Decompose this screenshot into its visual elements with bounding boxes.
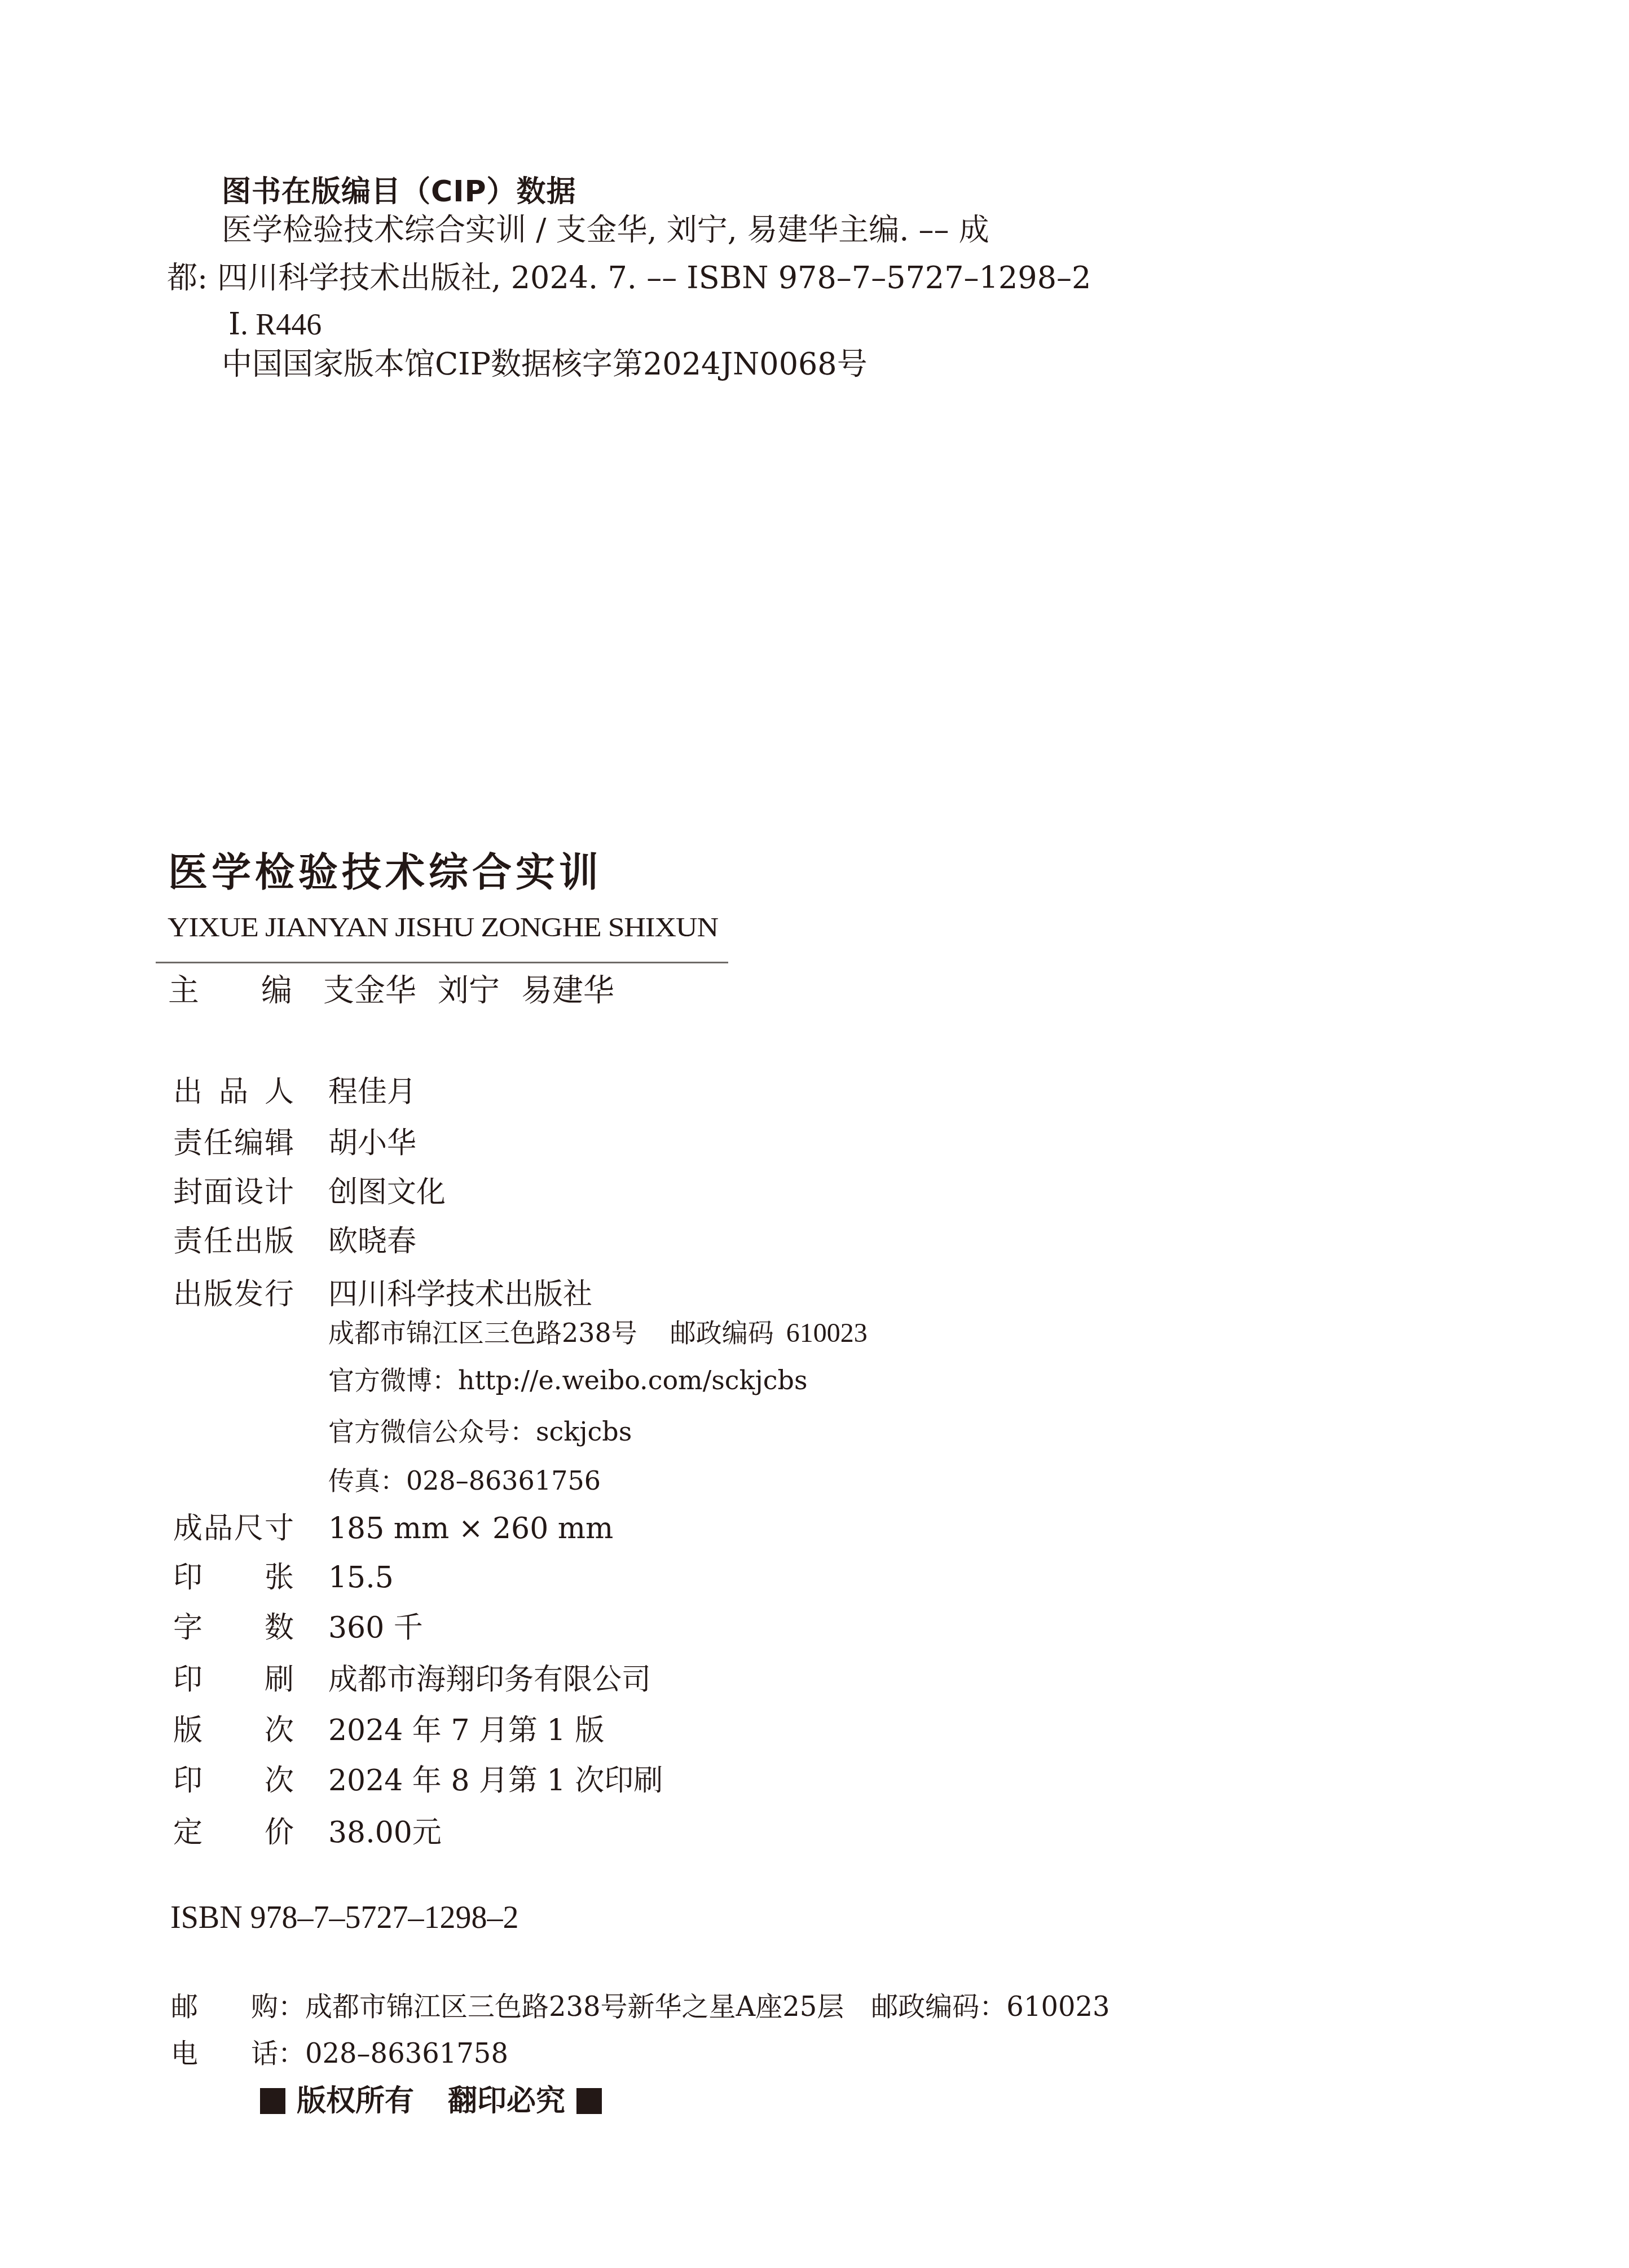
- address-text: 成都市锦江区三色路238号: [328, 1318, 637, 1348]
- spec-value: 2024 年 8 月第 1 次印刷: [328, 1766, 663, 1795]
- spec-row-edition: 版次 2024 年 7 月第 1 版: [173, 1716, 294, 1745]
- spec-value: 成都市海翔印务有限公司: [328, 1665, 651, 1694]
- spec-value: 360 千: [328, 1613, 423, 1642]
- spec-row-printer: 印刷 成都市海翔印务有限公司: [173, 1665, 294, 1694]
- spec-value: 15.5: [328, 1563, 394, 1592]
- spec-label: 成品尺寸: [173, 1514, 294, 1543]
- spec-row-word-count: 字数 360 千: [173, 1613, 294, 1642]
- spec-row-sheets: 印张 15.5: [173, 1563, 294, 1592]
- spec-value: 185 mm × 260 mm: [328, 1514, 613, 1543]
- editor-name: 支金华: [323, 972, 416, 1008]
- copyright-notice: 版权所有 翻印必究: [260, 2086, 602, 2116]
- postcode-value: 610023: [786, 1318, 868, 1348]
- credit-value: 欧晓春: [328, 1227, 416, 1256]
- postcode-label: 邮政编码: [670, 1318, 774, 1348]
- credit-row-production: 责任出版 欧晓春: [173, 1227, 294, 1256]
- black-square-icon: [260, 2088, 285, 2114]
- publisher-weibo: 官方微博：http://e.weibo.com/sckjcbs: [328, 1367, 808, 1393]
- credit-label: 封面设计: [173, 1178, 294, 1207]
- spec-label: 定价: [173, 1818, 294, 1847]
- phone-line: 电话 ：028–86361758: [171, 2040, 278, 2067]
- credit-row-publisher: 出版发行 四川科学技术出版社: [173, 1280, 294, 1309]
- spec-label: 印刷: [173, 1665, 294, 1694]
- mail-order-label: 邮购: [171, 1993, 278, 2020]
- spec-label: 印张: [173, 1563, 294, 1592]
- spec-label: 字数: [173, 1613, 294, 1642]
- spec-row-printing: 印次 2024 年 8 月第 1 次印刷: [173, 1766, 294, 1795]
- black-square-icon: [576, 2088, 602, 2114]
- cip-line-title: 医学检验技术综合实训 / 支金华, 刘宁, 易建华主编. –– 成: [222, 215, 989, 245]
- title-divider: [156, 962, 728, 963]
- credit-label: 出版发行: [173, 1280, 294, 1309]
- cip-line-publisher: 都: 四川科学技术出版社, 2024. 7. –– ISBN 978–7–572…: [167, 263, 1091, 293]
- publisher-fax: 传真：028–86361756: [328, 1468, 601, 1494]
- mail-order-value: ：成都市锦江区三色路238号新华之星A座25层 邮政编码：610023: [278, 1993, 1110, 2020]
- phone-label: 电话: [171, 2040, 278, 2067]
- credit-value: 创图文化: [328, 1178, 446, 1207]
- cip-heading: 图书在版编目（CIP）数据: [222, 177, 576, 206]
- credit-label: 责任出版: [173, 1227, 294, 1256]
- spec-label: 印次: [173, 1766, 294, 1795]
- cip-line-record-number: 中国国家版本馆CIP数据核字第2024JN0068号: [222, 349, 868, 380]
- label-char: 编: [261, 975, 292, 1006]
- cip-line-classification: Ⅰ. R446: [228, 309, 322, 340]
- credit-row-producer: 出品人 程佳月: [173, 1077, 294, 1107]
- credit-row-cover-design: 封面设计 创图文化: [173, 1178, 294, 1207]
- mail-order-line: 邮购 ：成都市锦江区三色路238号新华之星A座25层 邮政编码：610023: [171, 1993, 278, 2020]
- copyright-text-left: 版权所有: [297, 2086, 414, 2116]
- isbn: ISBN 978–7–5727–1298–2: [170, 1902, 519, 1934]
- publisher-wechat: 官方微信公众号：sckjcbs: [328, 1419, 632, 1445]
- credit-value: 程佳月: [328, 1077, 416, 1107]
- editor-name: 刘宁: [438, 972, 500, 1008]
- book-title-pinyin: YIXUE JIANYAN JISHU ZONGHE SHIXUN: [168, 914, 718, 941]
- spec-row-size: 成品尺寸 185 mm × 260 mm: [173, 1514, 294, 1543]
- spec-row-price: 定价 38.00元: [173, 1818, 294, 1847]
- editor-name: 易建华: [521, 972, 614, 1008]
- book-title: 医学检验技术综合实训: [168, 853, 602, 892]
- spec-value: 38.00元: [328, 1818, 442, 1847]
- credit-label: 责任编辑: [173, 1129, 294, 1158]
- credit-value: 四川科学技术出版社: [328, 1280, 592, 1309]
- publisher-address: 成都市锦江区三色路238号邮政编码610023: [328, 1320, 868, 1347]
- label-char: 主: [168, 975, 199, 1006]
- spec-value: 2024 年 7 月第 1 版: [328, 1716, 604, 1745]
- credit-row-editor: 责任编辑 胡小华: [173, 1129, 294, 1158]
- chief-editors: 主编支金华刘宁易建华: [168, 975, 614, 1006]
- copyright-text-right: 翻印必究: [448, 2086, 565, 2116]
- spec-label: 版次: [173, 1716, 294, 1745]
- credit-label: 出品人: [173, 1077, 294, 1107]
- credit-value: 胡小华: [328, 1129, 416, 1158]
- chief-editors-label: 主编: [168, 975, 323, 1006]
- phone-value: ：028–86361758: [278, 2040, 508, 2067]
